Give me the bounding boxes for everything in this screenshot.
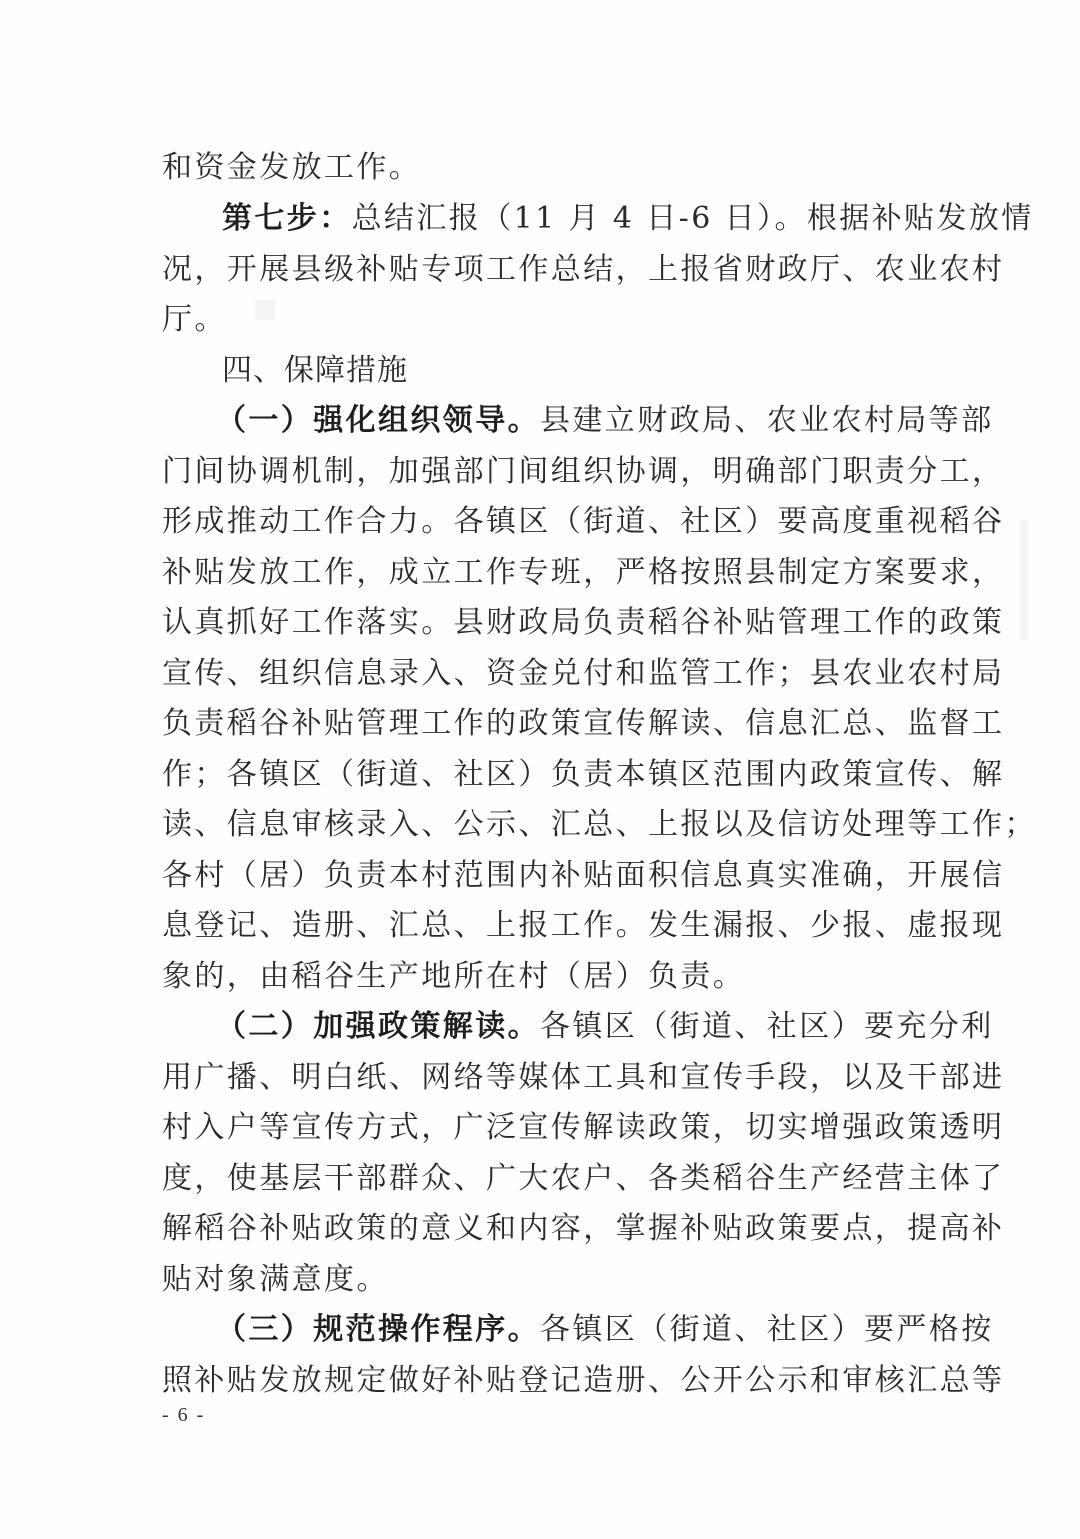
- line-text: 息登记、造册、汇总、上报工作。发生漏报、少报、虚报现: [162, 908, 1004, 943]
- body-line: 村入户等宣传方式，广泛宣传解读政策，切实增强政策透明: [162, 1108, 936, 1148]
- line-text: 厅。: [162, 302, 227, 337]
- line-text: 照补贴发放规定做好补贴登记造册、公开公示和审核汇总等: [162, 1363, 1004, 1398]
- subsection-one-line: （一）强化组织领导。县建立财政局、农业农村局等部: [216, 401, 936, 441]
- subsection-title: （三）规范操作程序。: [216, 1312, 540, 1347]
- body-line: 形成推动工作合力。各镇区（街道、社区）要高度重视稻谷: [162, 502, 936, 542]
- line-text: 解稻谷补贴政策的意义和内容，掌握补贴政策要点，提高补: [162, 1211, 1004, 1246]
- step-label: 第七步：: [222, 201, 352, 236]
- line-text: 各村（居）负责本村范围内补贴面积信息真实准确，开展信: [162, 858, 1004, 893]
- section-heading: 四、保障措施: [222, 351, 936, 391]
- line-text: 村入户等宣传方式，广泛宣传解读政策，切实增强政策透明: [162, 1110, 1004, 1145]
- body-line: 作；各镇区（街道、社区）负责本镇区范围内政策宣传、解: [162, 755, 936, 795]
- body-line: 负责稻谷补贴管理工作的政策宣传解读、信息汇总、监督工: [162, 704, 936, 744]
- subsection-title: （二）加强政策解读。: [216, 1009, 540, 1044]
- body-line: 补贴发放工作，成立工作专班，严格按照县制定方案要求，: [162, 553, 936, 593]
- body-line: 读、信息审核录入、公示、汇总、上报以及信访处理等工作；: [162, 805, 936, 845]
- line-text: 用广播、明白纸、网络等媒体工具和宣传手段，以及干部进: [162, 1060, 1004, 1095]
- section-title: 四、保障措施: [222, 353, 408, 388]
- line-text: 作；各镇区（街道、社区）负责本镇区范围内政策宣传、解: [162, 757, 1004, 792]
- line-text: 宣传、组织信息录入、资金兑付和监管工作；县农业农村局: [162, 656, 1004, 691]
- body-line: 宣传、组织信息录入、资金兑付和监管工作；县农业农村局: [162, 654, 936, 694]
- line-text: 总结汇报（11 月 4 日-6 日）。根据补贴发放情: [352, 201, 1034, 236]
- line-text: 门间协调机制，加强部门间组织协调，明确部门职责分工，: [162, 454, 1004, 489]
- subsection-three-line: （三）规范操作程序。各镇区（街道、社区）要严格按: [216, 1310, 936, 1350]
- line-text: 各镇区（街道、社区）要严格按: [540, 1312, 994, 1347]
- body-line: 门间协调机制，加强部门间组织协调，明确部门职责分工，: [162, 452, 936, 492]
- page-number: - 6 -: [162, 1404, 205, 1427]
- line-text: 况，开展县级补贴专项工作总结，上报省财政厅、农业农村: [162, 252, 1004, 287]
- line-text: 贴对象满意度。: [162, 1262, 389, 1297]
- body-line: 认真抓好工作落实。县财政局负责稻谷补贴管理工作的政策: [162, 603, 936, 643]
- line-text: 和资金发放工作。: [162, 150, 421, 185]
- line-text: 补贴发放工作，成立工作专班，严格按照县制定方案要求，: [162, 555, 1004, 590]
- document-page: 和资金发放工作。 第七步：总结汇报（11 月 4 日-6 日）。根据补贴发放情 …: [0, 0, 1080, 1539]
- line-text: 认真抓好工作落实。县财政局负责稻谷补贴管理工作的政策: [162, 605, 1004, 640]
- line-text: 象的，由稻谷生产地所在村（居）负责。: [162, 959, 745, 994]
- line-text: 各镇区（街道、社区）要充分利: [540, 1009, 994, 1044]
- body-line: 厅。: [162, 300, 936, 340]
- body-line: 贴对象满意度。: [162, 1260, 936, 1300]
- line-text: 负责稻谷补贴管理工作的政策宣传解读、信息汇总、监督工: [162, 706, 1004, 741]
- body-line: 和资金发放工作。: [162, 148, 936, 188]
- body-line: 度，使基层干部群众、广大农户、各类稻谷生产经营主体了: [162, 1159, 936, 1199]
- line-text: 读、信息审核录入、公示、汇总、上报以及信访处理等工作；: [162, 807, 1037, 842]
- body-line: 况，开展县级补贴专项工作总结，上报省财政厅、农业农村: [162, 250, 936, 290]
- scan-artifact: [1020, 520, 1028, 640]
- body-line: 照补贴发放规定做好补贴登记造册、公开公示和审核汇总等: [162, 1361, 936, 1401]
- line-text: 度，使基层干部群众、广大农户、各类稻谷生产经营主体了: [162, 1161, 1004, 1196]
- body-line: 解稻谷补贴政策的意义和内容，掌握补贴政策要点，提高补: [162, 1209, 936, 1249]
- body-line: 用广播、明白纸、网络等媒体工具和宣传手段，以及干部进: [162, 1058, 936, 1098]
- line-text: 县建立财政局、农业农村局等部: [540, 403, 994, 438]
- body-line: 各村（居）负责本村范围内补贴面积信息真实准确，开展信: [162, 856, 936, 896]
- line-text: 形成推动工作合力。各镇区（街道、社区）要高度重视稻谷: [162, 504, 1004, 539]
- subsection-two-line: （二）加强政策解读。各镇区（街道、社区）要充分利: [216, 1007, 936, 1047]
- step-seven-line: 第七步：总结汇报（11 月 4 日-6 日）。根据补贴发放情: [222, 199, 936, 239]
- subsection-title: （一）强化组织领导。: [216, 403, 540, 438]
- body-line: 象的，由稻谷生产地所在村（居）负责。: [162, 957, 936, 997]
- body-line: 息登记、造册、汇总、上报工作。发生漏报、少报、虚报现: [162, 906, 936, 946]
